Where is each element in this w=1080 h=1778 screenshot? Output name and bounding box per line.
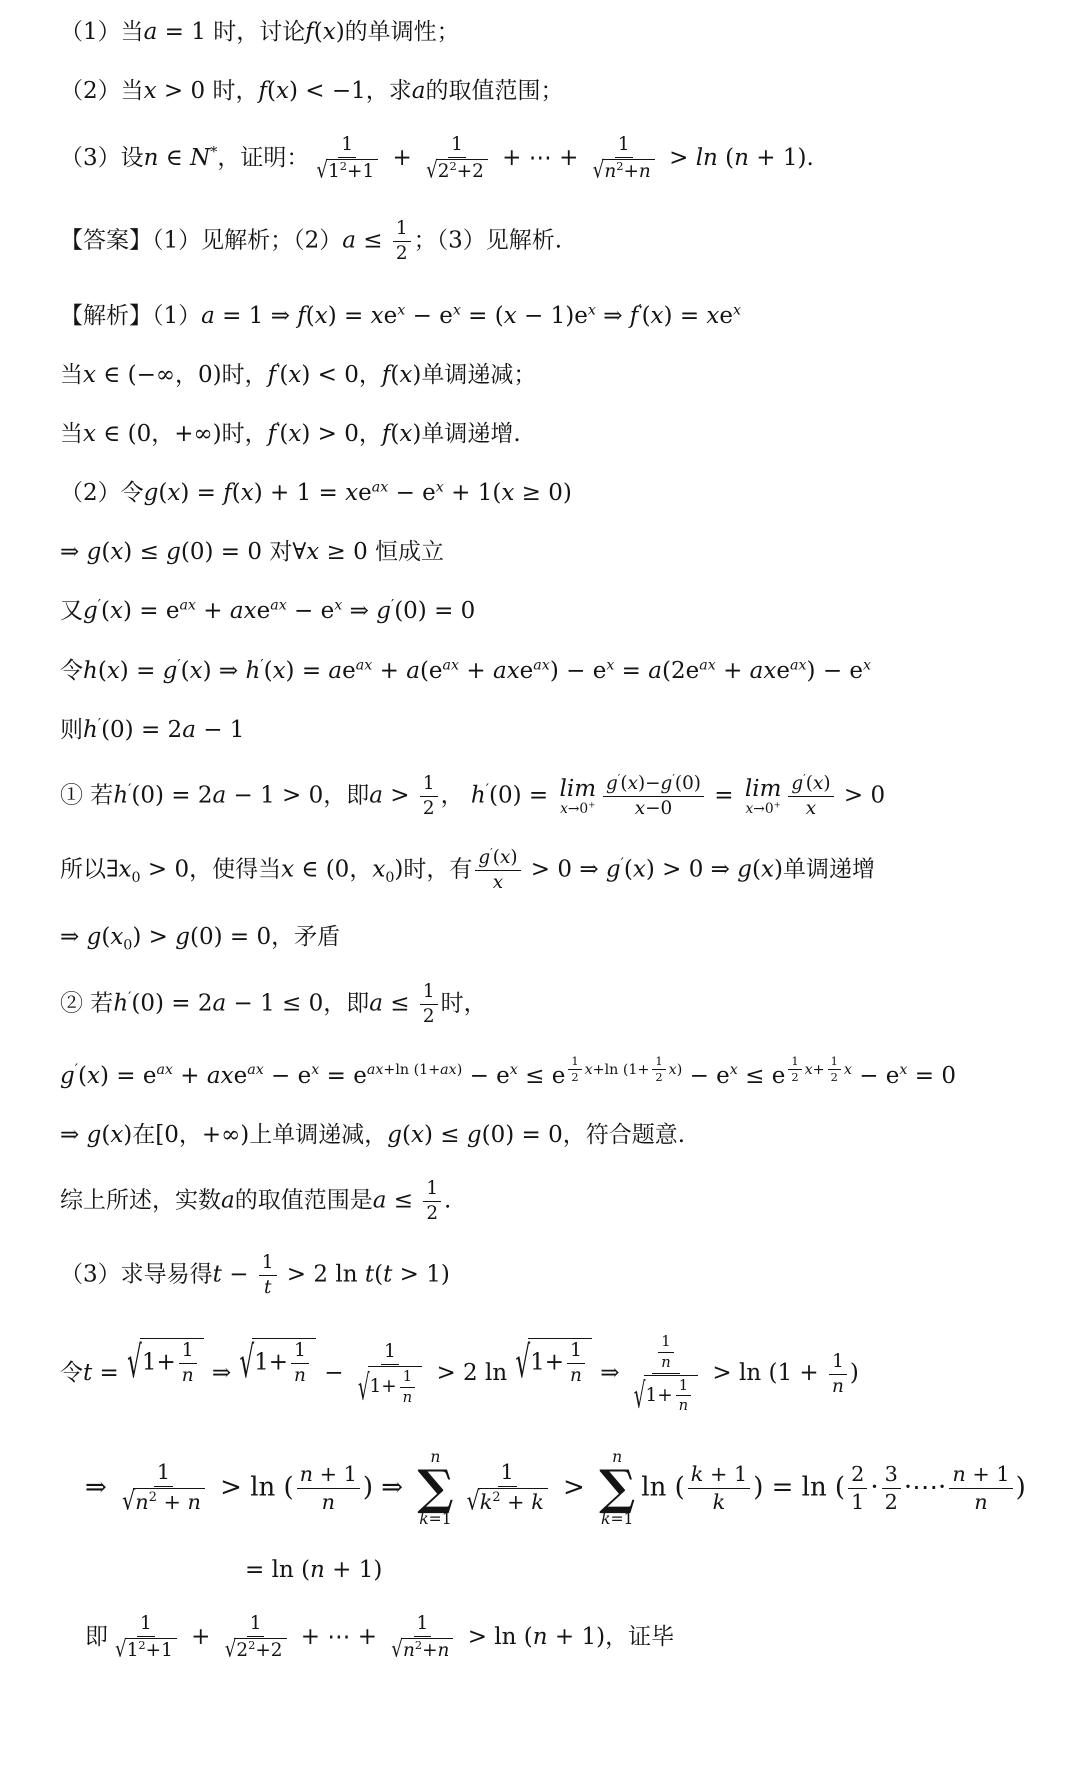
solution-line: 又g′(x) = eax + axeax − ex ⇒ g′(0) = 0 bbox=[60, 595, 1050, 627]
solution-line: 令h(x) = g′(x) ⇒ h′(x) = aeax + a(eax + a… bbox=[60, 655, 1050, 687]
part-3-start-line: （3）求导易得t − 1t > 2 ln t(t > 1) bbox=[60, 1252, 1050, 1299]
sum-inequality-line: ⇒ 1√n2 + n > ln (n + 1n) ⇒ n∑k=11√k2 + k… bbox=[60, 1450, 1050, 1527]
solution-line: 则h′(0) = 2a − 1 bbox=[60, 714, 1050, 746]
solution-line: 当x ∈ (−∞，0)时，f′(x) < 0，f(x)单调递减； bbox=[60, 359, 1050, 391]
problem-part-3: （3）设n ∈ N*，证明：1√12+1 + 1√22+2 + ⋯ + 1√n2… bbox=[60, 134, 1050, 184]
solution-line: ⇒ g(x0) > g(0) = 0，矛盾 bbox=[60, 921, 1050, 953]
substitution-line: 令t = √1+1n ⇒ √1+1n − 1√1+1n > 2 ln √1+1n… bbox=[60, 1333, 1050, 1415]
solution-line: g′(x) = eax + axeax − ex = eax+ln (1+ax)… bbox=[60, 1055, 1050, 1092]
solution-line: 【解析】（1）a = 1 ⇒ f(x) = xex − ex = (x − 1)… bbox=[60, 300, 1050, 332]
solution-line: 所以∃x0 > 0，使得当x ∈ (0，x0)时，有g′(x)x > 0 ⇒ g… bbox=[60, 847, 1050, 894]
page: { "page": { "background": "#ffffff", "te… bbox=[0, 0, 1080, 1778]
solution-line: ⇒ g(x) ≤ g(0) = 0 对∀x ≥ 0 恒成立 bbox=[60, 536, 1050, 568]
problem-part-1: （1）当a = 1 时，讨论f(x)的单调性； bbox=[60, 16, 1050, 48]
case-2-line: ② 若h′(0) = 2a − 1 ≤ 0，即a ≤ 12时， bbox=[60, 981, 1050, 1028]
case-1-line: ① 若h′(0) = 2a − 1 > 0，即a > 12， h′(0) = l… bbox=[60, 773, 1050, 820]
document-body: （1）当a = 1 时，讨论f(x)的单调性；（2）当x > 0 时，f(x) … bbox=[0, 0, 1080, 1720]
solution-line: ⇒ g(x)在[0，+∞)上单调递减，g(x) ≤ g(0) = 0，符合题意. bbox=[60, 1119, 1050, 1151]
equals-line: = ln (n + 1) bbox=[60, 1554, 1050, 1586]
final-line: 即1√12+1 + 1√22+2 + ⋯ + 1√n2+n > ln (n + … bbox=[60, 1613, 1050, 1663]
problem-part-2: （2）当x > 0 时，f(x) < −1，求a的取值范围； bbox=[60, 75, 1050, 107]
answer-line: 【答案】（1）见解析；（2）a ≤ 12；（3）见解析. bbox=[60, 218, 1050, 265]
solution-line: （2）令g(x) = f(x) + 1 = xeax − ex + 1(x ≥ … bbox=[60, 477, 1050, 509]
conclusion-line: 综上所述，实数a的取值范围是a ≤ 12. bbox=[60, 1178, 1050, 1225]
solution-line: 当x ∈ (0，+∞)时，f′(x) > 0，f(x)单调递增. bbox=[60, 418, 1050, 450]
